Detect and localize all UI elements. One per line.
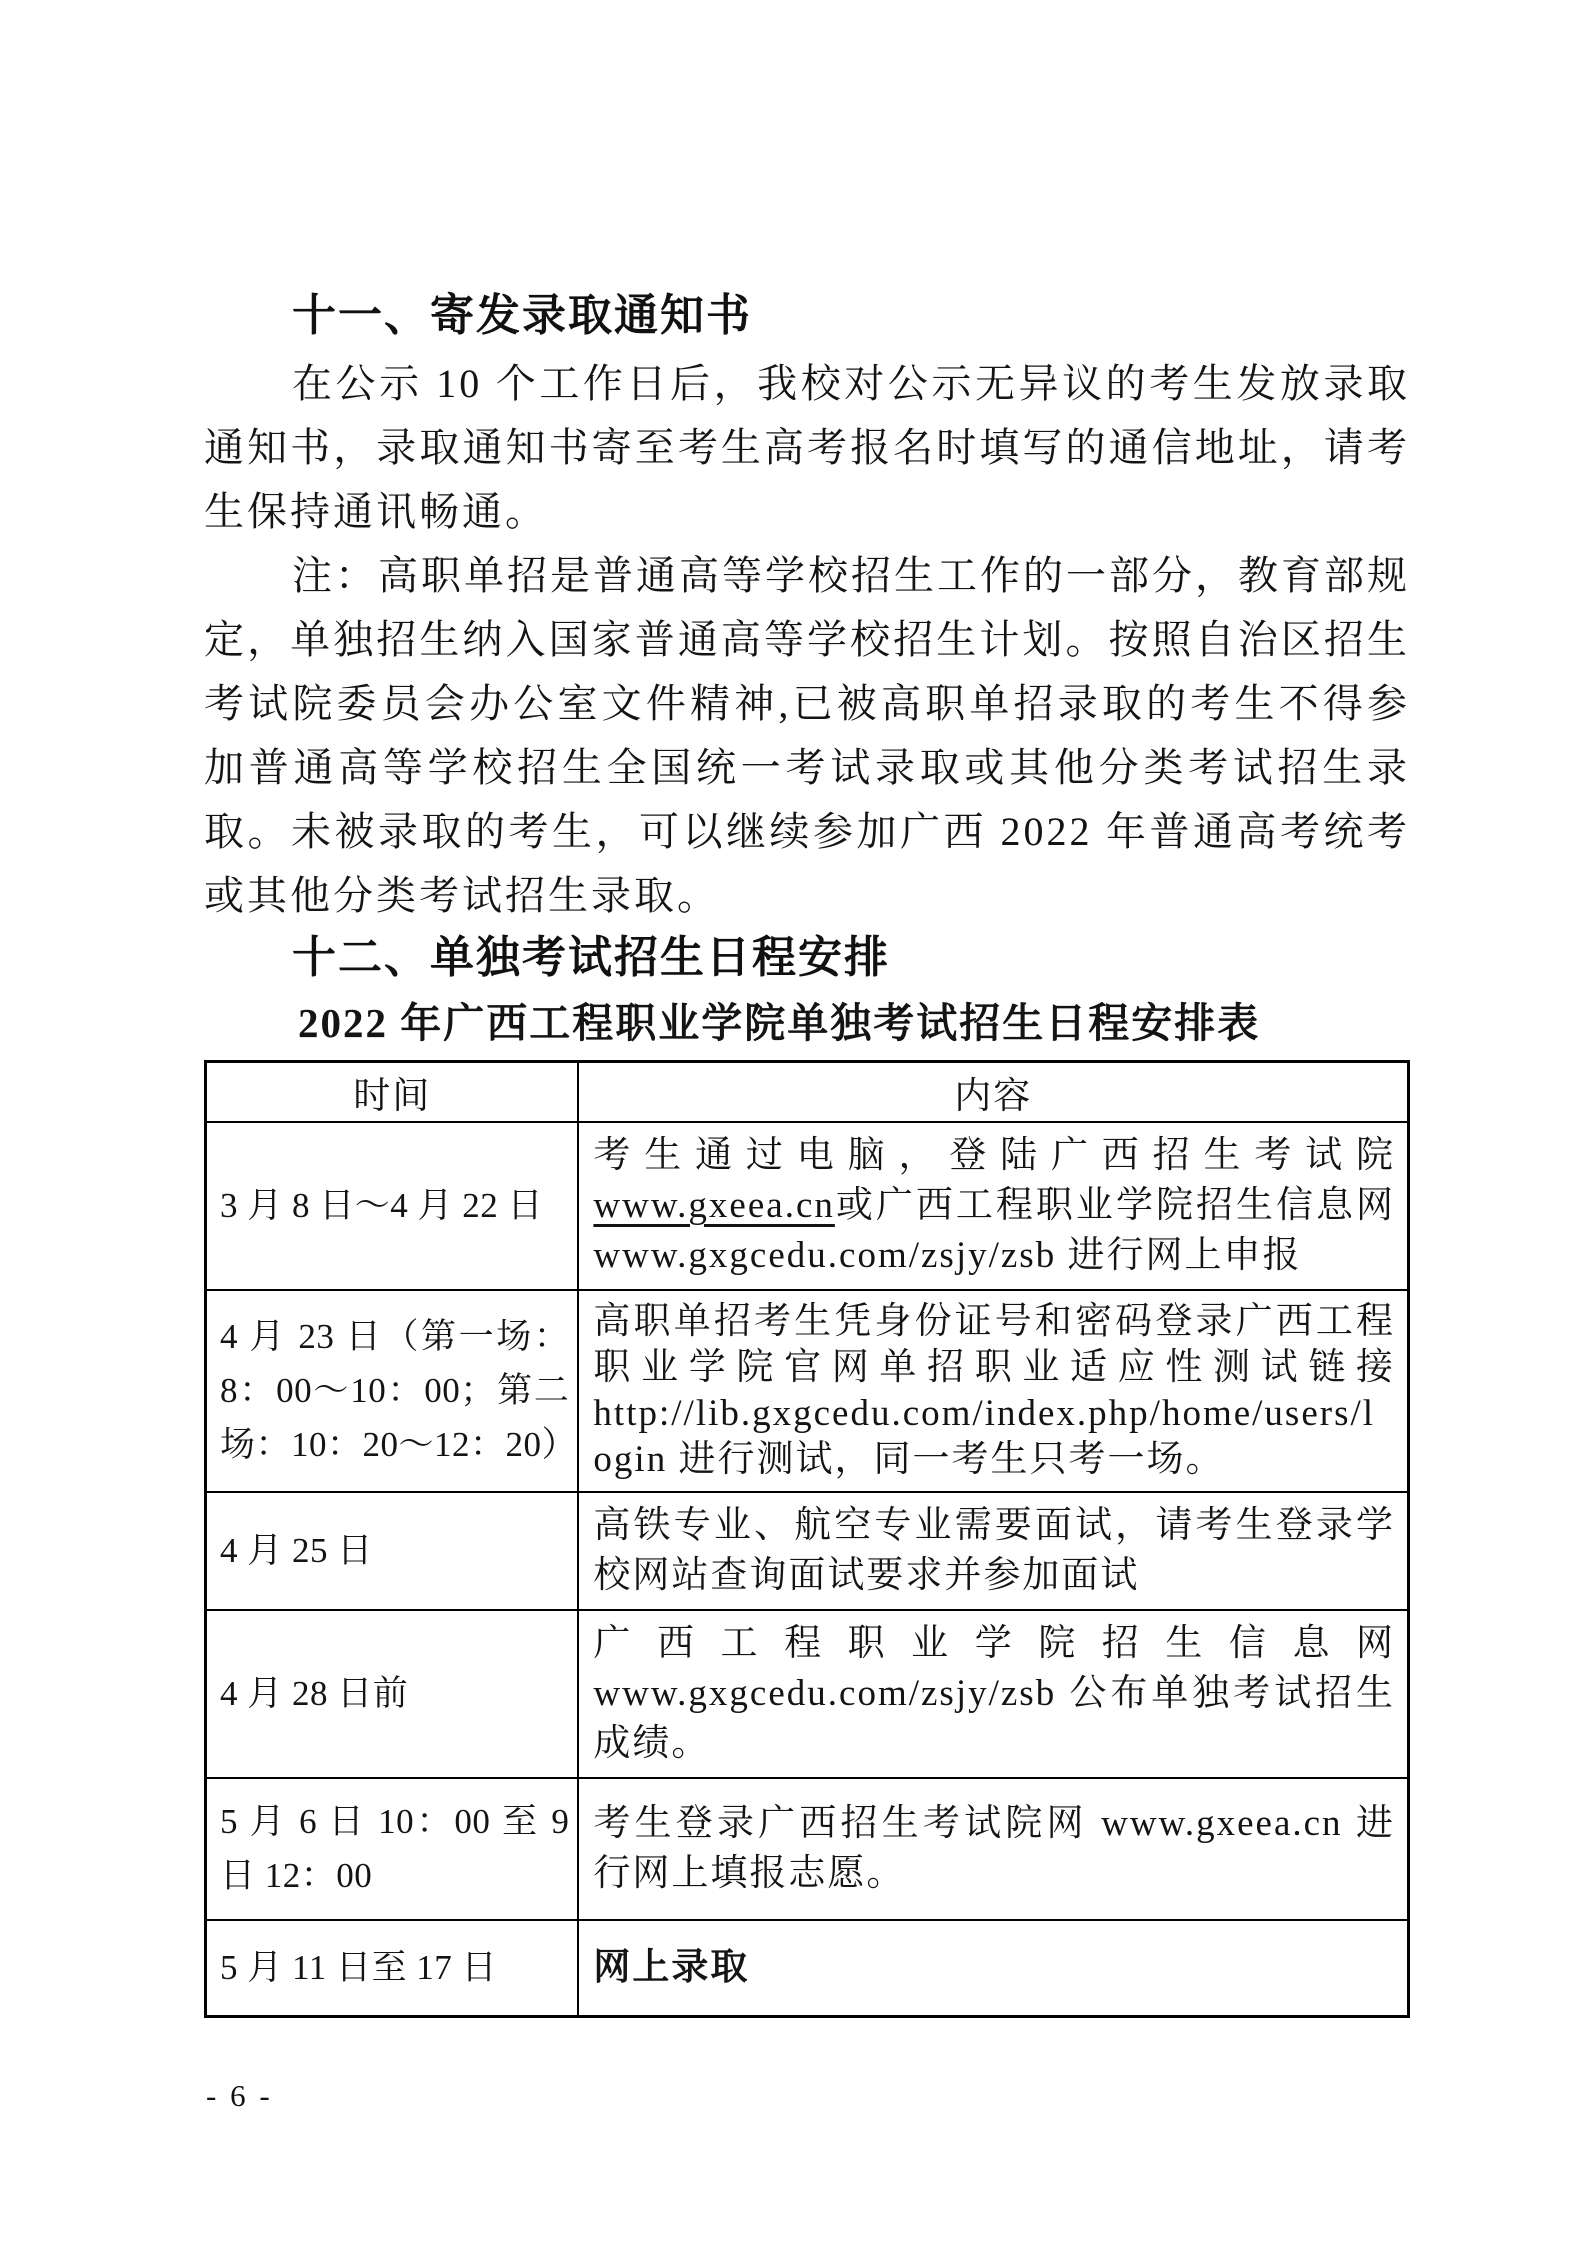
- schedule-table-header: 时间 内容: [206, 1062, 1409, 1123]
- column-header-content: 内容: [578, 1062, 1408, 1123]
- schedule-content-cell: 广西工程职业学院招生信息网www.gxgcedu.com/zsjy/zsb 公布…: [578, 1610, 1408, 1778]
- cell-text: 广西工程职业学院招生信息网www.gxgcedu.com/zsjy/zsb 公布…: [593, 1623, 1395, 1764]
- section-12-heading: 十二、单独考试招生日程安排: [204, 930, 1410, 986]
- section-11-heading: 十一、寄发录取通知书: [204, 288, 1410, 344]
- table-row: 5 月 6 日 10：00 至 9 日 12：00考生登录广西招生考试院网 ww…: [206, 1778, 1409, 1920]
- schedule-content-cell: 高铁专业、航空专业需要面试，请考生登录学校网站查询面试要求并参加面试: [578, 1492, 1408, 1610]
- schedule-table-title: 2022 年广西工程职业学院单独考试招生日程安排表: [204, 996, 1410, 1050]
- cell-text: 高铁专业、航空专业需要面试，请考生登录学校网站查询面试要求并参加面试: [593, 1505, 1395, 1596]
- document-content: 十一、寄发录取通知书 在公示 10 个工作日后，我校对公示无异议的考生发放录取通…: [204, 288, 1410, 2018]
- schedule-time-cell: 5 月 11 日至 17 日: [206, 1920, 579, 2017]
- schedule-time-cell: 4 月 25 日: [206, 1492, 579, 1610]
- schedule-content-cell: 网上录取: [578, 1920, 1408, 2017]
- schedule-content-cell: 考生登录广西招生考试院网 www.gxeea.cn 进行网上填报志愿。: [578, 1778, 1408, 1920]
- table-row: 4 月 23 日（第一场：8：00～10：00；第二场：10：20～12：20）…: [206, 1290, 1409, 1492]
- schedule-table: 时间 内容 3 月 8 日～4 月 22 日考生通过电脑，登陆广西招生考试院ww…: [204, 1060, 1410, 2018]
- schedule-time-cell: 3 月 8 日～4 月 22 日: [206, 1122, 579, 1290]
- url-underlined-text: www.gxeea.cn: [593, 1185, 834, 1226]
- schedule-table-body: 3 月 8 日～4 月 22 日考生通过电脑，登陆广西招生考试院www.gxee…: [206, 1122, 1409, 2017]
- cell-text: 考生登录广西招生考试院网 www.gxeea.cn 进行网上填报志愿。: [593, 1803, 1395, 1894]
- emphasis-text: 网上录取: [593, 1947, 749, 1988]
- section-11-paragraph-1: 在公示 10 个工作日后，我校对公示无异议的考生发放录取通知书，录取通知书寄至考…: [204, 352, 1410, 544]
- page-number: - 6 -: [206, 2078, 273, 2114]
- table-row: 5 月 11 日至 17 日网上录取: [206, 1920, 1409, 2017]
- table-row: 4 月 28 日前广西工程职业学院招生信息网www.gxgcedu.com/zs…: [206, 1610, 1409, 1778]
- schedule-content-cell: 考生通过电脑，登陆广西招生考试院www.gxeea.cn或广西工程职业学院招生信…: [578, 1122, 1408, 1290]
- section-11-note-paragraph: 注：高职单招是普通高等学校招生工作的一部分，教育部规定，单独招生纳入国家普通高等…: [204, 544, 1410, 928]
- table-row: 3 月 8 日～4 月 22 日考生通过电脑，登陆广西招生考试院www.gxee…: [206, 1122, 1409, 1290]
- header-row: 时间 内容: [206, 1062, 1409, 1123]
- schedule-time-cell: 5 月 6 日 10：00 至 9 日 12：00: [206, 1778, 579, 1920]
- document-page: 十一、寄发录取通知书 在公示 10 个工作日后，我校对公示无异议的考生发放录取通…: [0, 0, 1587, 2245]
- column-header-time: 时间: [206, 1062, 579, 1123]
- cell-text: 考生通过电脑，登陆广西招生考试院: [593, 1135, 1395, 1176]
- cell-text: 高职单招考生凭身份证号和密码登录广西工程职业学院官网单招职业适应性测试链接htt…: [593, 1301, 1395, 1480]
- table-row: 4 月 25 日高铁专业、航空专业需要面试，请考生登录学校网站查询面试要求并参加…: [206, 1492, 1409, 1610]
- schedule-time-cell: 4 月 28 日前: [206, 1610, 579, 1778]
- schedule-content-cell: 高职单招考生凭身份证号和密码登录广西工程职业学院官网单招职业适应性测试链接htt…: [578, 1290, 1408, 1492]
- schedule-time-cell: 4 月 23 日（第一场：8：00～10：00；第二场：10：20～12：20）: [206, 1290, 579, 1492]
